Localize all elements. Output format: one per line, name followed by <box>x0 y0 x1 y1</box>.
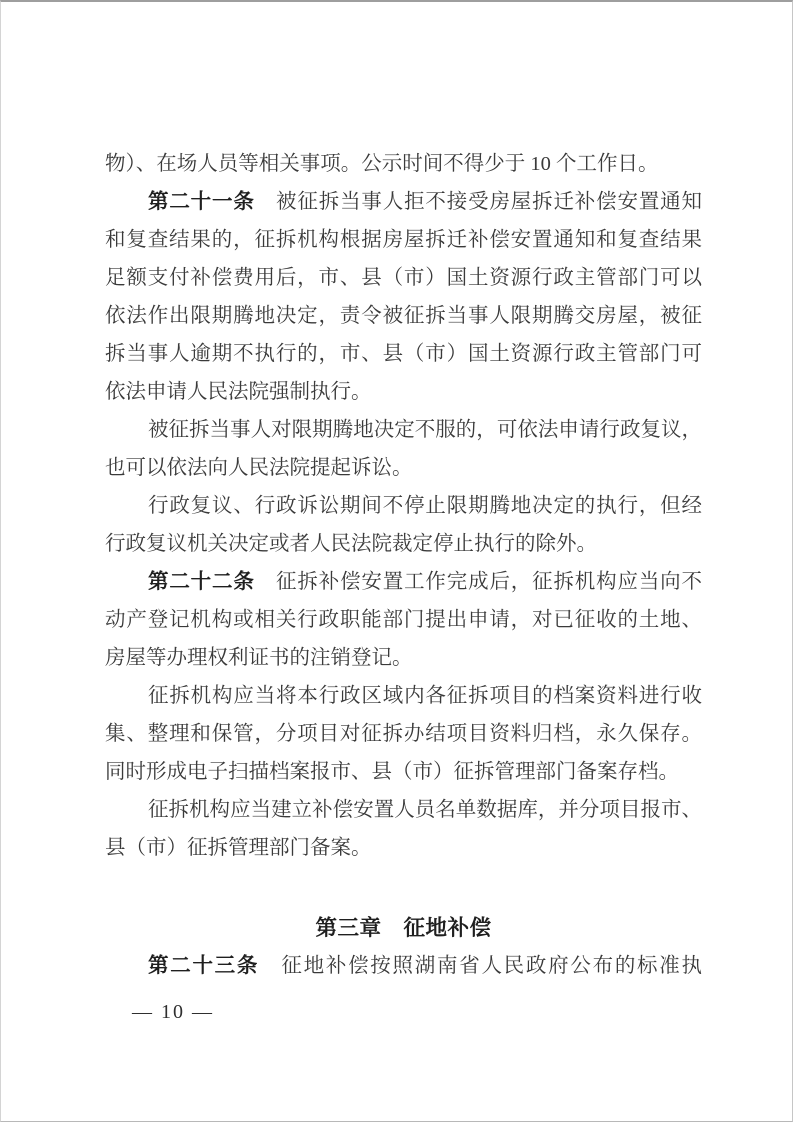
body-text: 物）、在场人员等相关事项。公示时间不得少于 10 个工作日。 第二十一条 被征拆… <box>105 145 702 985</box>
chapter-heading: 第三章 征地补偿 <box>105 909 702 947</box>
line-text: 集、整理和保管，分项目对征拆办结项目资料归档，永久保存。 <box>105 723 702 745</box>
line-text: 拆当事人逾期不执行的，市、县（市）国土资源行政主管部门可 <box>105 343 702 365</box>
article-number: 第二十一条 <box>148 191 255 213</box>
line-text: 征拆机构应当将本行政区域内各征拆项目的档案资料进行收 <box>148 685 702 707</box>
text-line: 拆当事人逾期不执行的，市、县（市）国土资源行政主管部门可 <box>105 335 702 373</box>
page-number: — 10 — <box>132 1001 214 1024</box>
line-text: 动产登记机构或相关行政职能部门提出申请，对已征收的土地、 <box>105 609 702 631</box>
line-text: 物）、在场人员等相关事项。公示时间不得少于 10 个工作日。 <box>105 153 659 175</box>
text-line: 征拆机构应当将本行政区域内各征拆项目的档案资料进行收 <box>105 677 702 715</box>
text-line: 依法申请人民法院强制执行。 <box>105 373 702 411</box>
line-text: 同时形成电子扫描档案报市、县（市）征拆管理部门备案存档。 <box>105 761 679 783</box>
text-line: 第二十一条 被征拆当事人拒不接受房屋拆迁补偿安置通知 <box>105 183 702 221</box>
line-text: 被征拆当事人拒不接受房屋拆迁补偿安置通知 <box>255 191 702 213</box>
text-line: 第二十三条 征地补偿按照湖南省人民政府公布的标准执 <box>105 947 702 985</box>
text-line: 依法作出限期腾地决定，责令被征拆当事人限期腾交房屋，被征 <box>105 297 702 335</box>
line-text: 依法作出限期腾地决定，责令被征拆当事人限期腾交房屋，被征 <box>105 305 702 327</box>
text-line: 物）、在场人员等相关事项。公示时间不得少于 10 个工作日。 <box>105 145 702 183</box>
text-line: 动产登记机构或相关行政职能部门提出申请，对已征收的土地、 <box>105 601 702 639</box>
document-page: 物）、在场人员等相关事项。公示时间不得少于 10 个工作日。 第二十一条 被征拆… <box>0 0 793 1122</box>
line-text: 和复查结果的，征拆机构根据房屋拆迁补偿安置通知和复查结果 <box>105 229 702 251</box>
line-text: 也可以依法向人民法院提起诉讼。 <box>105 457 413 479</box>
text-line: 县（市）征拆管理部门备案。 <box>105 829 702 867</box>
text-line: 和复查结果的，征拆机构根据房屋拆迁补偿安置通知和复查结果 <box>105 221 702 259</box>
line-text: 征地补偿按照湖南省人民政府公布的标准执 <box>259 955 702 977</box>
line-text: 县（市）征拆管理部门备案。 <box>105 837 372 859</box>
text-line: 第二十二条 征拆补偿安置工作完成后，征拆机构应当向不 <box>105 563 702 601</box>
line-text: 征拆机构应当建立补偿安置人员名单数据库，并分项目报市、 <box>148 799 702 821</box>
text-line: 集、整理和保管，分项目对征拆办结项目资料归档，永久保存。 <box>105 715 702 753</box>
line-text: 行政复议、行政诉讼期间不停止限期腾地决定的执行，但经 <box>148 495 702 517</box>
line-text: 足额支付补偿费用后，市、县（市）国土资源行政主管部门可以 <box>105 267 702 289</box>
article-number: 第二十三条 <box>148 955 259 977</box>
line-text: 房屋等办理权利证书的注销登记。 <box>105 647 413 669</box>
line-text: 行政复议机关决定或者人民法院裁定停止执行的除外。 <box>105 533 597 555</box>
text-line: 同时形成电子扫描档案报市、县（市）征拆管理部门备案存档。 <box>105 753 702 791</box>
text-line: 房屋等办理权利证书的注销登记。 <box>105 639 702 677</box>
text-line: 行政复议机关决定或者人民法院裁定停止执行的除外。 <box>105 525 702 563</box>
text-line: 行政复议、行政诉讼期间不停止限期腾地决定的执行，但经 <box>105 487 702 525</box>
article-number: 第二十二条 <box>148 571 255 593</box>
line-text: 征拆补偿安置工作完成后，征拆机构应当向不 <box>255 571 702 593</box>
line-text: 被征拆当事人对限期腾地决定不服的，可依法申请行政复议， <box>148 419 702 441</box>
text-line: 也可以依法向人民法院提起诉讼。 <box>105 449 702 487</box>
text-line: 足额支付补偿费用后，市、县（市）国土资源行政主管部门可以 <box>105 259 702 297</box>
text-line: 被征拆当事人对限期腾地决定不服的，可依法申请行政复议， <box>105 411 702 449</box>
line-text: 依法申请人民法院强制执行。 <box>105 381 372 403</box>
text-line: 征拆机构应当建立补偿安置人员名单数据库，并分项目报市、 <box>105 791 702 829</box>
